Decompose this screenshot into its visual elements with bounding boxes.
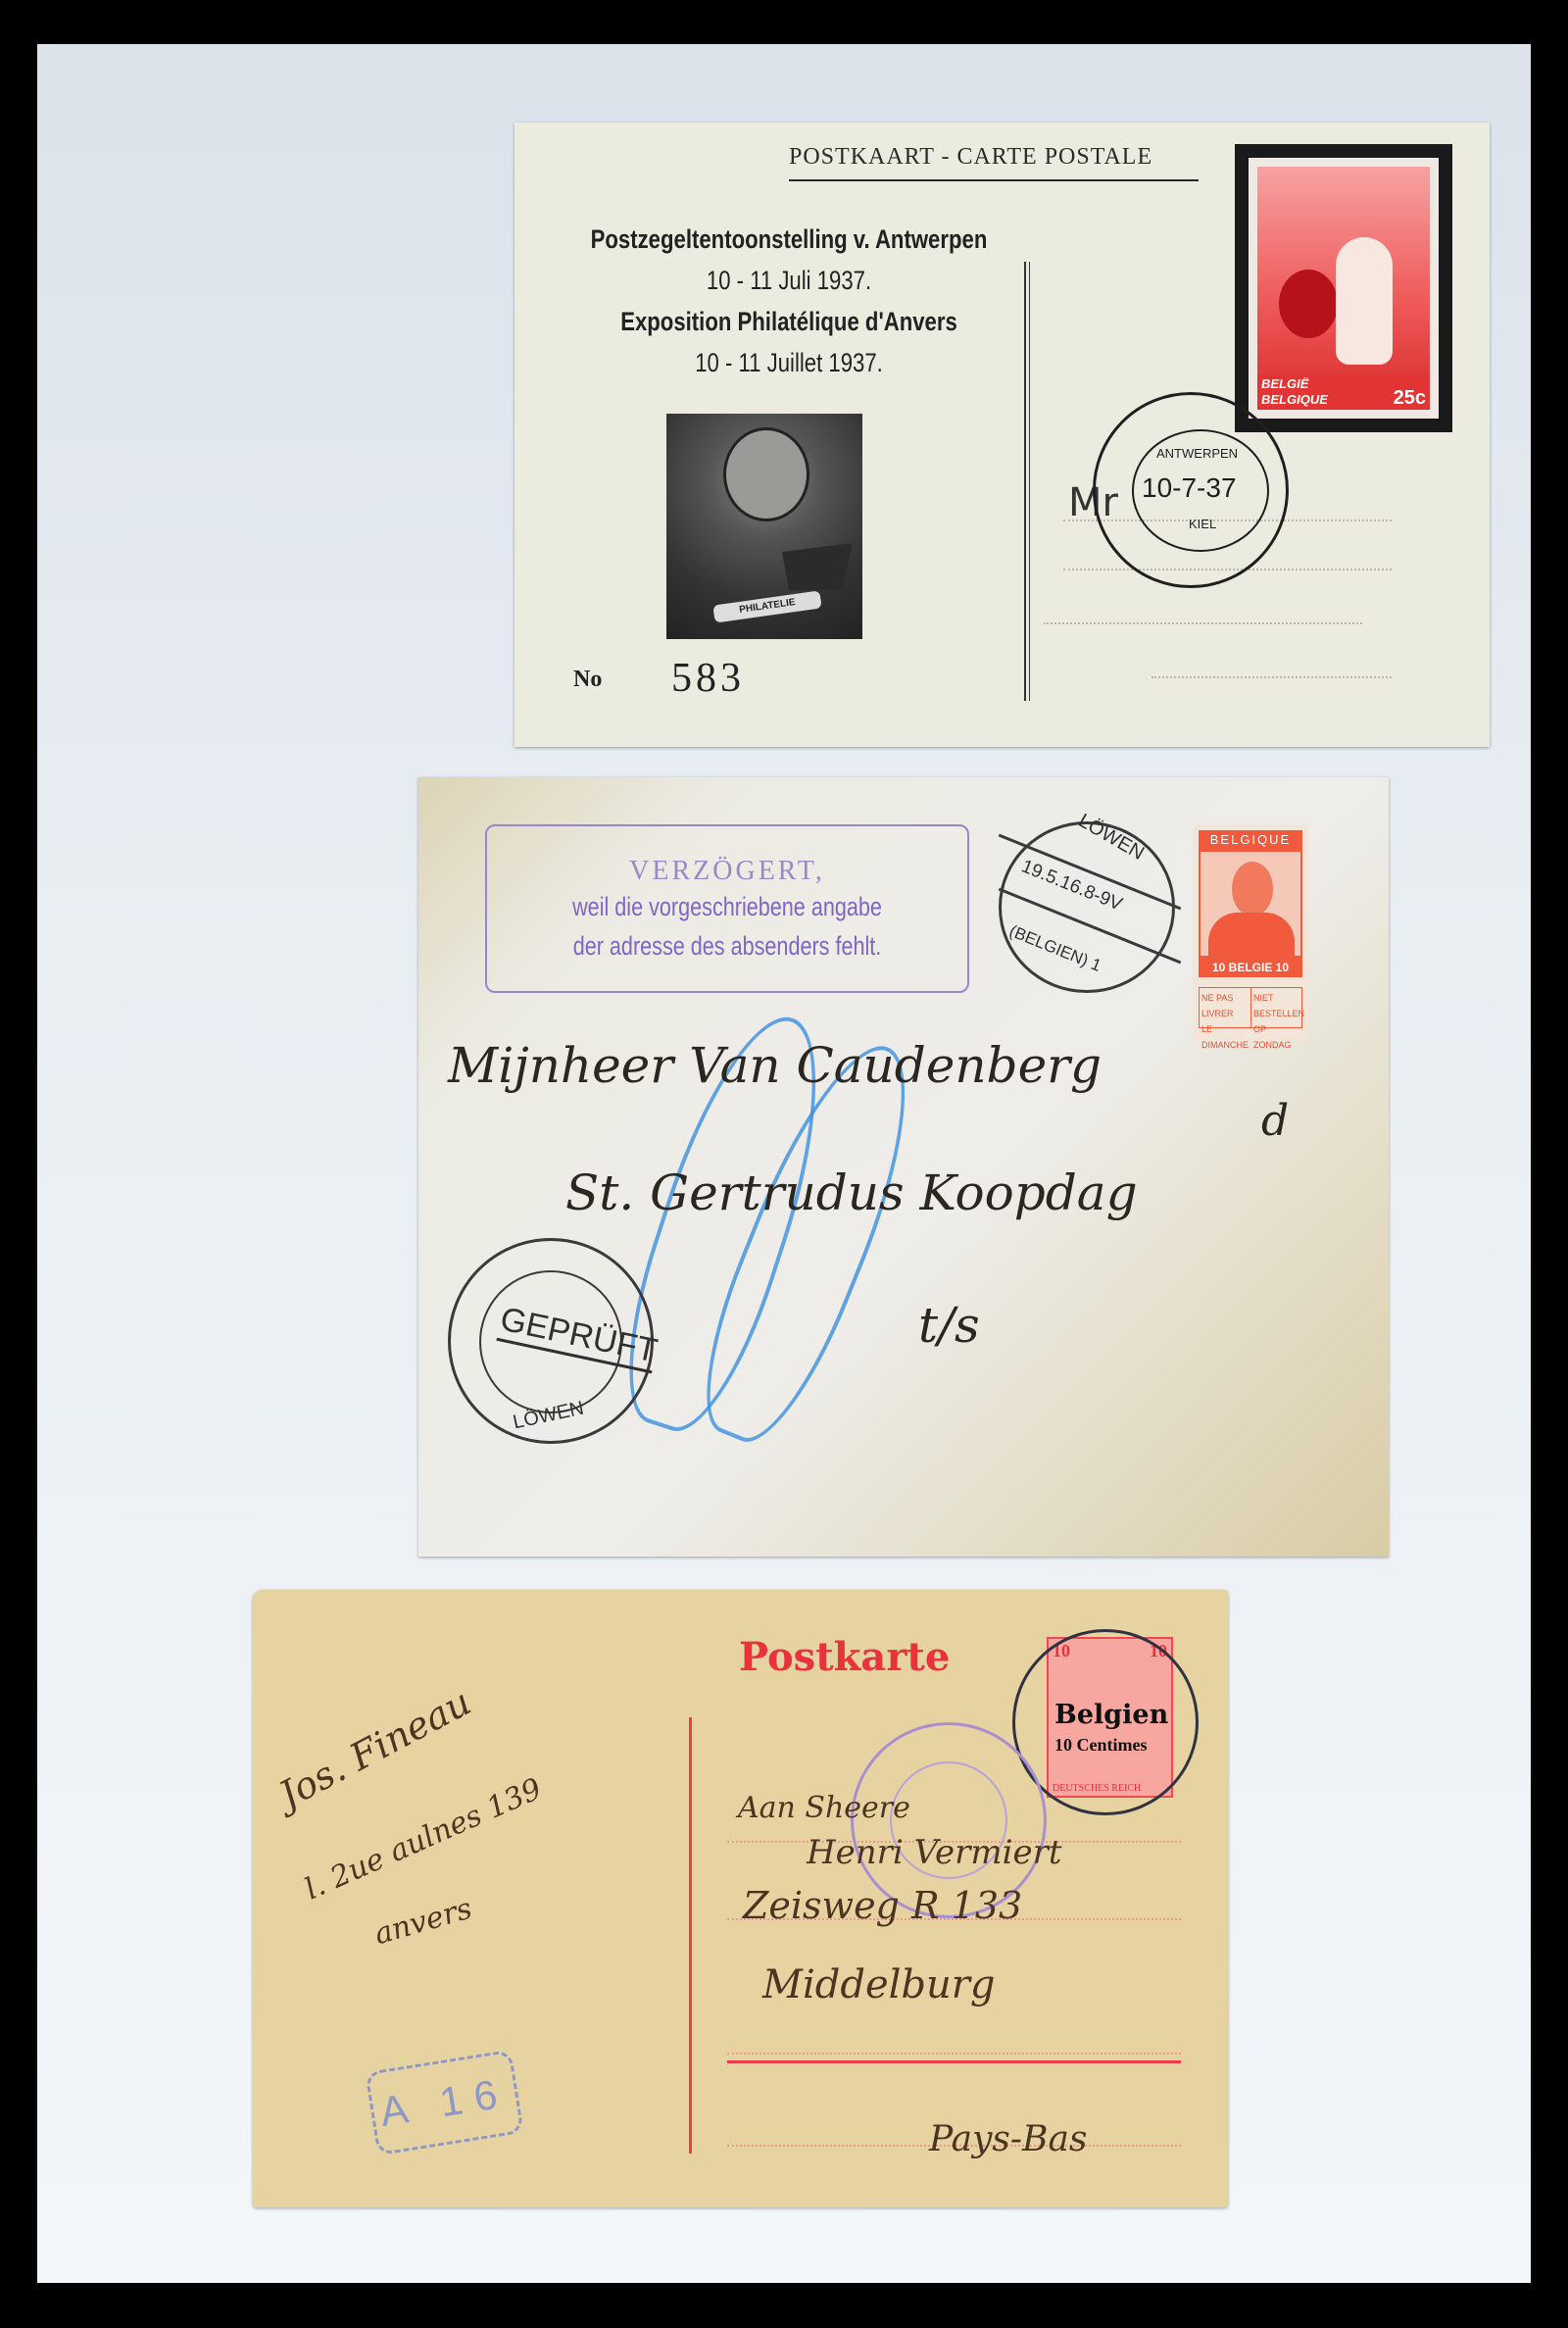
stamp-label: BELGIË BELGIQUE 25c — [1257, 374, 1430, 410]
philately-vignette: PHILATELIE — [666, 414, 862, 639]
postcard-header: POSTKAART - CARTE POSTALE — [789, 144, 1152, 171]
sender-name: Jos. Fineau — [272, 1680, 478, 1817]
postmark-office: KIEL — [1189, 517, 1216, 531]
exhibition-title: Postzegeltentoonstelling v. Antwerpen 10… — [524, 219, 1053, 383]
wartime-envelope-1916: VERZÖGERT, weil die vorgeschriebene anga… — [418, 777, 1389, 1557]
globe-icon — [723, 427, 809, 521]
address-note: d — [1261, 1096, 1289, 1146]
postmark-city: ANTWERPEN — [1156, 446, 1238, 461]
box-mark: A 16 — [365, 2050, 524, 2156]
serial-label: No — [573, 667, 602, 693]
serial-number: 583 — [671, 655, 745, 702]
red-divider — [689, 1717, 692, 2154]
header-underline — [789, 179, 1199, 181]
postage-stamp-10c: BELGIQUE 10 BELGIE 10 NE PAS LIVRERLE DI… — [1193, 824, 1308, 1040]
address-line-name: Mijnheer Van Caudenberg — [448, 1037, 1102, 1094]
address-line-street: St. Gertrudus Koopdag — [565, 1164, 1138, 1221]
postage-stamp-25c: BELGIË BELGIQUE 25c — [1235, 144, 1452, 432]
sunday-delivery-tab: NE PAS LIVRERLE DIMANCHE NIET BESTELLENO… — [1199, 987, 1302, 1028]
mother-figure — [1279, 270, 1338, 338]
date-line-fr: 10 - 11 Juillet 1937. — [572, 342, 1006, 383]
address-country: Pays-Bas — [929, 2119, 1087, 2159]
address-salutation: Aan Sheere — [738, 1791, 910, 1825]
address-line — [1151, 676, 1392, 678]
delayed-boxstamp: VERZÖGERT, weil die vorgeschriebene anga… — [485, 824, 969, 993]
king-portrait — [1232, 862, 1273, 916]
date-line-nl: 10 - 11 Juli 1937. — [572, 260, 1006, 301]
sender-city: anvers — [370, 1892, 475, 1953]
child-figure — [1336, 237, 1393, 365]
address-name: Henri Vermiert — [807, 1833, 1062, 1872]
address-line — [1044, 622, 1362, 624]
address-line-note: t/s — [918, 1297, 980, 1354]
address-street: Zeisweg R 133 — [743, 1884, 1022, 1927]
title-line-fr: Exposition Philatélique d'Anvers — [572, 301, 1006, 342]
ship-icon — [782, 531, 853, 590]
exhibition-postcard-1937: POSTKAART - CARTE POSTALE Postzegeltento… — [514, 123, 1490, 747]
german-occupation-postcard: Postkarte 10 10 Belgien 10 Centimes DEUT… — [253, 1590, 1228, 2207]
vignette-banner: PHILATELIE — [712, 590, 821, 622]
title-line-nl: Postzegeltentoonstelling v. Antwerpen — [572, 219, 1006, 260]
address-line — [727, 2053, 1181, 2055]
postcard-title: Postkarte — [739, 1634, 950, 1680]
address-city: Middelburg — [762, 1962, 996, 2007]
postmark-date: 10-7-37 — [1142, 472, 1237, 504]
red-rule — [727, 2060, 1181, 2063]
card-divider — [1024, 262, 1030, 701]
